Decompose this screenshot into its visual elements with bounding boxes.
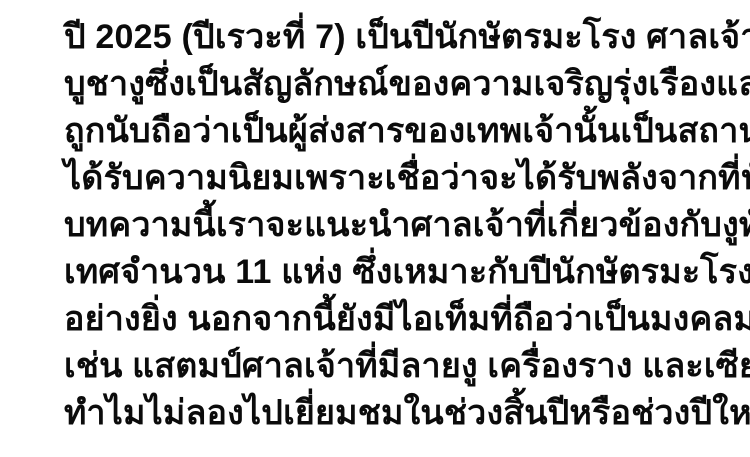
- article-text-page: ปี 2025 (ปีเรวะที่ 7) เป็นปีนักษัตรมะโรง…: [0, 0, 750, 457]
- paragraph-line: บทความนี้เราจะแนะนำศาลเจ้าที่เกี่ยวข้องก…: [64, 202, 720, 249]
- paragraph-line: ถูกนับถือว่าเป็นผู้ส่งสารของเทพเจ้านั้นเ…: [64, 108, 720, 155]
- article-paragraph: ปี 2025 (ปีเรวะที่ 7) เป็นปีนักษัตรมะโรง…: [64, 14, 720, 437]
- paragraph-line: เช่น แสตมป์ศาลเจ้าที่มีลายงู เครื่องราง …: [64, 343, 720, 390]
- paragraph-line: อย่างยิ่ง นอกจากนี้ยังมีไอเท็มที่ถือว่าเ…: [64, 296, 720, 343]
- paragraph-line: ได้รับความนิยมเพราะเชื่อว่าจะได้รับพลังจ…: [64, 155, 720, 202]
- paragraph-line: ปี 2025 (ปีเรวะที่ 7) เป็นปีนักษัตรมะโรง…: [64, 14, 720, 61]
- paragraph-line: ทำไมไม่ลองไปเยี่ยมชมในช่วงสิ้นปีหรือช่วง…: [64, 390, 720, 437]
- paragraph-line: เทศจำนวน 11 แห่ง ซึ่งเหมาะกับปีนักษัตรมะ…: [64, 249, 720, 296]
- paragraph-line: บูชางูซึ่งเป็นสัญลักษณ์ของความเจริญรุ่งเ…: [64, 61, 720, 108]
